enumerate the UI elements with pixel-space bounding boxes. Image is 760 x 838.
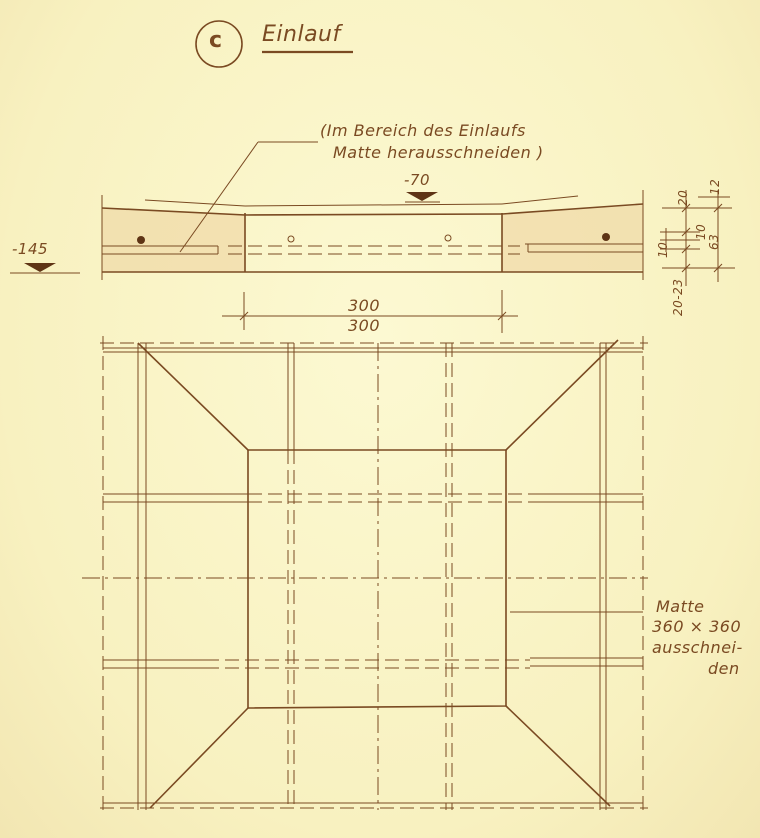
drawing-title: Einlauf: [262, 22, 341, 47]
plan-note-line3: ausschnei-: [652, 638, 743, 657]
plan-view: [82, 336, 648, 812]
drawing-sheet: c Einlauf (Im Bereich des Einlaufs Matte…: [0, 0, 760, 838]
level-label-center: -70: [404, 171, 430, 189]
section-letter: c: [209, 28, 223, 53]
dimension-300-bottom: 300: [348, 316, 380, 335]
dimension-63: 63: [707, 234, 721, 250]
dimension-10-outer: 10: [656, 242, 670, 258]
section-note-line2: Matte herausschneiden ): [333, 143, 544, 162]
section-note-line1: (Im Bereich des Einlaufs: [320, 121, 526, 140]
plan-note-line2: 360 × 360: [652, 617, 741, 636]
dimension-20: 20: [676, 190, 690, 206]
plan-note-line1: Matte: [656, 597, 705, 616]
dimension-300-top: 300: [348, 296, 380, 315]
plan-note-line4: den: [708, 659, 740, 678]
level-label-left: -145: [12, 240, 48, 258]
dimension-12: 12: [708, 179, 722, 195]
dimension-20-23: 20-23: [671, 279, 685, 316]
dimension-10-inner: 10: [694, 224, 708, 240]
